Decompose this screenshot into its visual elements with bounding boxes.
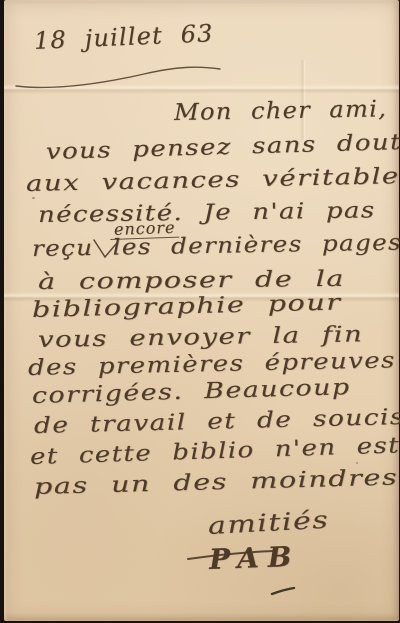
- signature: PAB: [208, 540, 301, 576]
- body-line: aux vacances véritable: [26, 164, 400, 197]
- underline-flourish: [14, 62, 224, 92]
- fold-crease-top: [4, 84, 399, 94]
- date-line: 18 juillet 63: [33, 19, 214, 55]
- body-line: et cette biblio n'en est: [30, 433, 400, 470]
- body-line: pas un des moindres.: [34, 465, 400, 500]
- body-line: de travail et de soucis,: [34, 405, 400, 439]
- paper: 18 juillet 63 Mon cher ami, vous pensez …: [4, 0, 399, 621]
- body-line: bibliographie pour: [32, 290, 342, 323]
- body-line: corrigées. Beaucoup: [32, 375, 351, 409]
- paper-speck: [356, 462, 358, 464]
- closing-line: amitiés: [207, 506, 330, 540]
- letter-scan: 18 juillet 63 Mon cher ami, vous pensez …: [0, 0, 400, 623]
- paper-speck: [32, 197, 35, 199]
- body-line: vous envoyer la fin: [38, 322, 364, 353]
- body-line: nécessité. Je n'ai pas: [38, 198, 376, 228]
- body-line: vous pensez sans doute: [46, 130, 400, 165]
- signature-dash: [270, 585, 296, 597]
- insertion-word: encore: [110, 218, 180, 240]
- salutation-line: Mon cher ami,: [174, 96, 387, 126]
- body-line: reçu les dernières pages: [32, 231, 400, 262]
